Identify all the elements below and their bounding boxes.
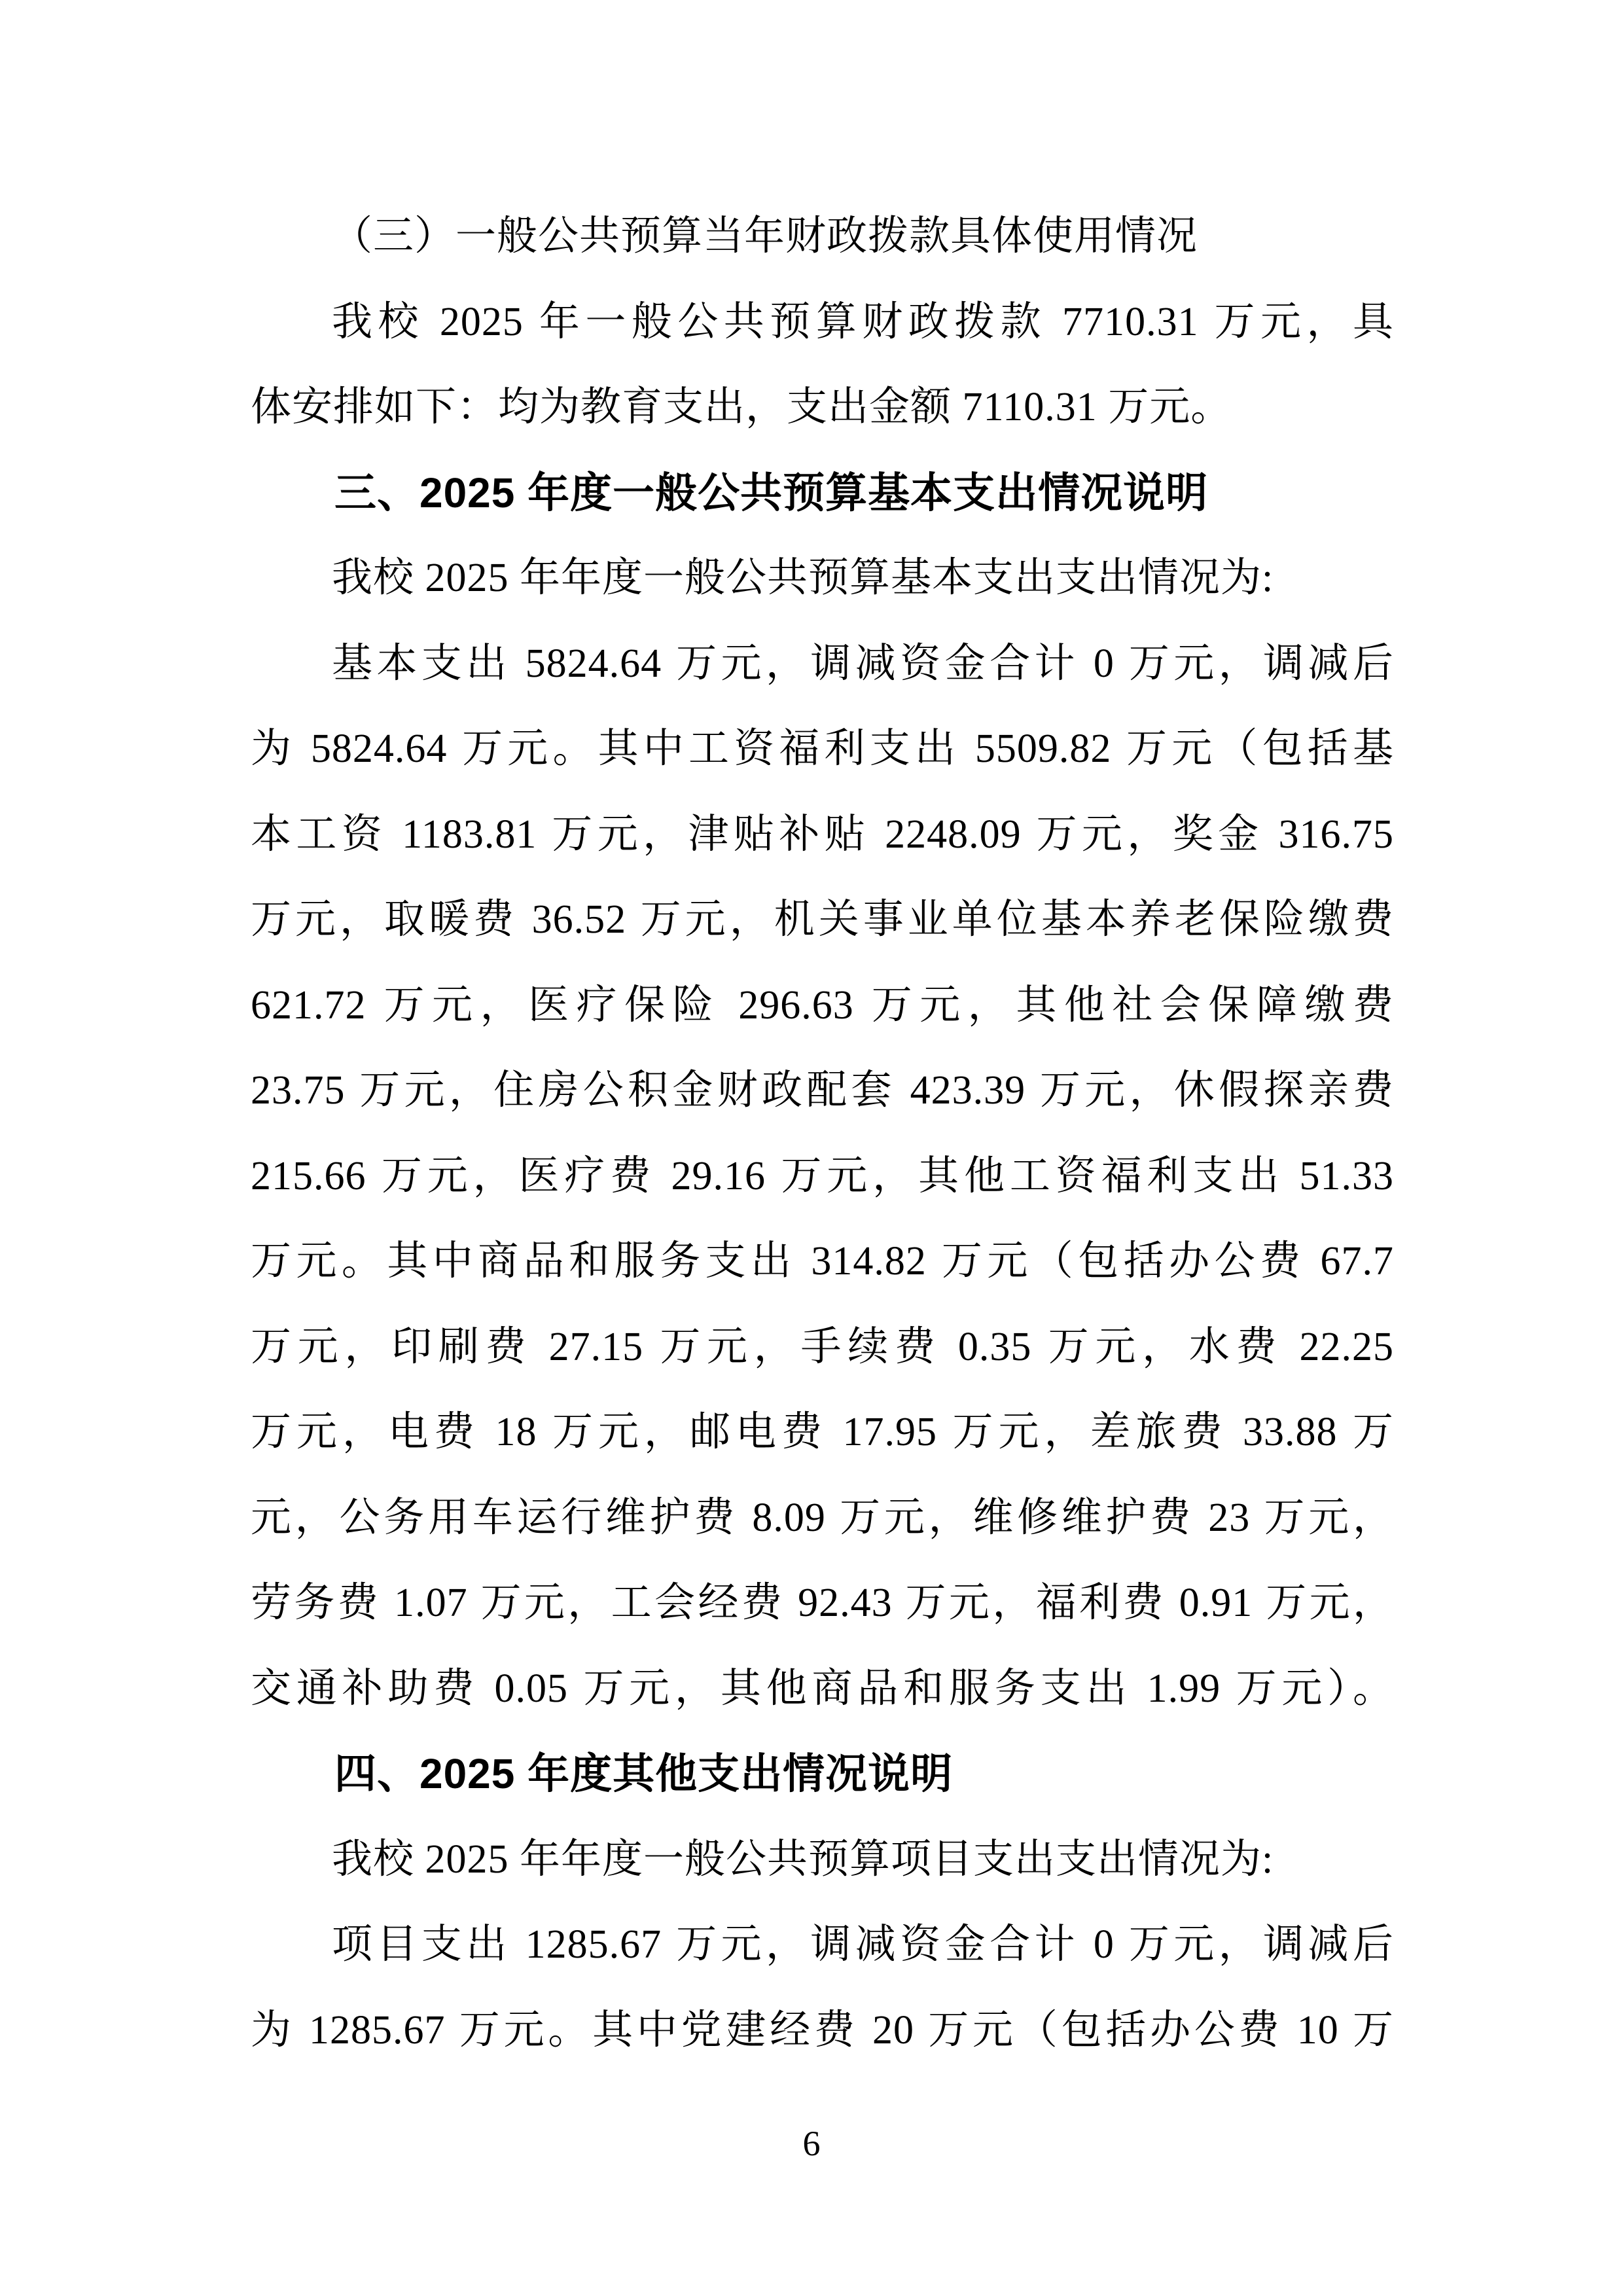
document-line: 为 1285.67 万元。其中党建经费 20 万元（包括办公费 10 万	[251, 1988, 1394, 2073]
document-line: 万元。其中商品和服务支出 314.82 万元（包括办公费 67.7	[251, 1219, 1394, 1304]
document-line: 四、2025 年度其他支出情况说明	[251, 1731, 1394, 1817]
document-line: 我校 2025 年一般公共预算财政拨款 7710.31 万元，具	[251, 279, 1394, 365]
document-line: 元，公务用车运行维护费 8.09 万元，维修维护费 23 万元，	[251, 1475, 1394, 1561]
page-number: 6	[803, 2124, 821, 2163]
document-line: 为 5824.64 万元。其中工资福利支出 5509.82 万元（包括基	[251, 706, 1394, 792]
document-line: 体安排如下：均为教育支出，支出金额 7110.31 万元。	[251, 365, 1394, 450]
document-line: 项目支出 1285.67 万元，调减资金合计 0 万元，调减后	[251, 1902, 1394, 1988]
document-line: 交通补助费 0.05 万元，其他商品和服务支出 1.99 万元）。	[251, 1646, 1394, 1732]
document-line: 215.66 万元，医疗费 29.16 万元，其他工资福利支出 51.33	[251, 1134, 1394, 1219]
document-line: 23.75 万元，住房公积金财政配套 423.39 万元，休假探亲费	[251, 1048, 1394, 1134]
document-page: （三）一般公共预算当年财政拨款具体使用情况我校 2025 年一般公共预算财政拨款…	[0, 0, 1623, 2296]
document-line: 万元，电费 18 万元，邮电费 17.95 万元，差旅费 33.88 万	[251, 1390, 1394, 1475]
document-line: 本工资 1183.81 万元，津贴补贴 2248.09 万元，奖金 316.75	[251, 792, 1394, 878]
document-line: 我校 2025 年年度一般公共预算项目支出支出情况为:	[251, 1817, 1394, 1903]
document-line: 621.72 万元，医疗保险 296.63 万元，其他社会保障缴费	[251, 963, 1394, 1049]
document-line: 劳务费 1.07 万元，工会经费 92.43 万元，福利费 0.91 万元，	[251, 1560, 1394, 1646]
document-line: 我校 2025 年年度一般公共预算基本支出支出情况为:	[251, 535, 1394, 621]
document-line: 三、2025 年度一般公共预算基本支出情况说明	[251, 450, 1394, 536]
page-footer: 6	[0, 2122, 1623, 2165]
document-line: （三）一般公共预算当年财政拨款具体使用情况	[251, 194, 1394, 279]
document-line: 基本支出 5824.64 万元，调减资金合计 0 万元，调减后	[251, 621, 1394, 707]
document-body: （三）一般公共预算当年财政拨款具体使用情况我校 2025 年一般公共预算财政拨款…	[251, 194, 1394, 2073]
document-line: 万元，取暖费 36.52 万元，机关事业单位基本养老保险缴费	[251, 877, 1394, 963]
document-line: 万元，印刷费 27.15 万元，手续费 0.35 万元，水费 22.25	[251, 1304, 1394, 1390]
